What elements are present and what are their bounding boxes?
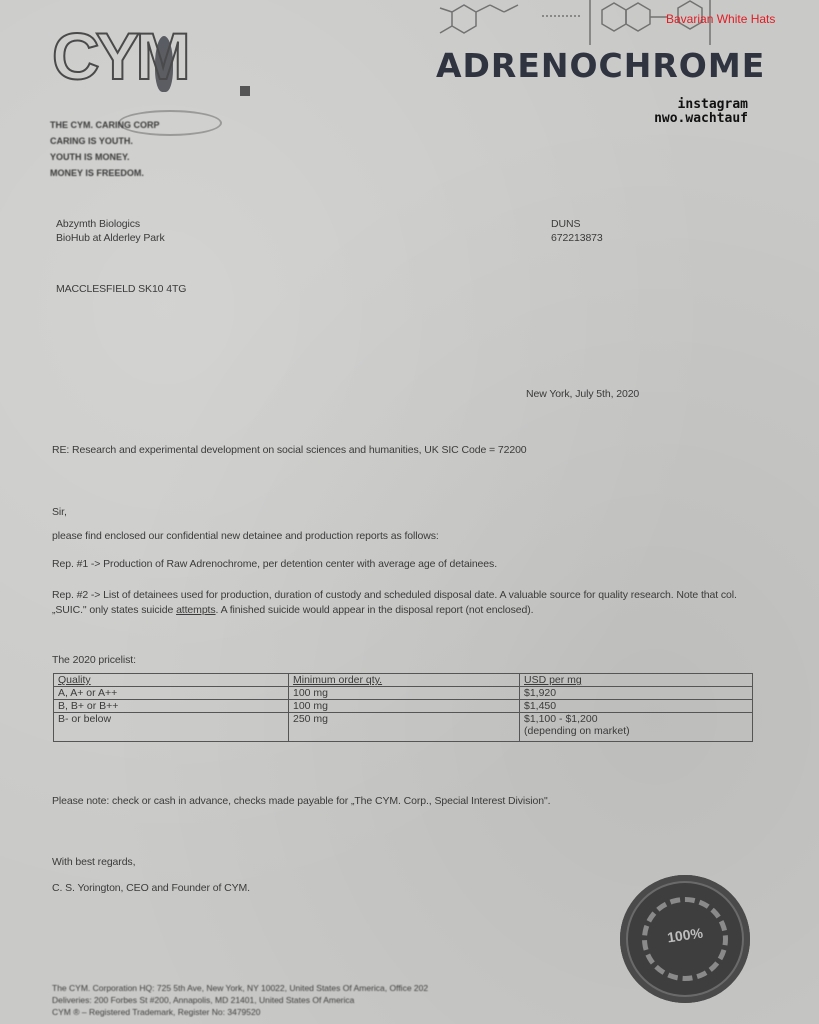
instagram-handle: nwo.wachtauf bbox=[620, 112, 748, 126]
instagram-label: instagram bbox=[620, 98, 748, 112]
company-slogan: THE CYM. CARING CORP CARING IS YOUTH. YO… bbox=[50, 117, 160, 181]
table-row: A, A+ or A++ 100 mg $1,920 bbox=[54, 687, 753, 700]
underlined-word: attempts bbox=[176, 604, 215, 616]
document-title: ADRENOCHROME bbox=[436, 46, 765, 85]
price-note: (depending on market) bbox=[524, 725, 748, 737]
slogan-line: MONEY IS FREEDOM. bbox=[50, 165, 160, 181]
footer-address: The CYM. Corporation HQ: 725 5th Ave, Ne… bbox=[52, 982, 428, 1018]
table-header-row: Quality Minimum order qty. USD per mg bbox=[54, 674, 753, 687]
logo-text: CYM bbox=[52, 18, 187, 94]
recipient-line: Abzymth Biologics bbox=[56, 217, 165, 231]
recipient-address: Abzymth Biologics BioHub at Alderley Par… bbox=[56, 217, 165, 245]
payment-note: Please note: check or cash in advance, c… bbox=[52, 795, 550, 807]
intro-paragraph: please find enclosed our confidential ne… bbox=[52, 530, 439, 542]
slogan-line: CARING IS YOUTH. bbox=[50, 133, 160, 149]
report-1-paragraph: Rep. #1 -> Production of Raw Adrenochrom… bbox=[52, 558, 497, 570]
letter-subject: RE: Research and experimental developmen… bbox=[52, 444, 527, 456]
pricelist-label: The 2020 pricelist: bbox=[52, 654, 136, 666]
table-row: B, B+ or B++ 100 mg $1,450 bbox=[54, 700, 753, 713]
footer-line: Deliveries: 200 Forbes St #200, Annapoli… bbox=[52, 994, 428, 1006]
price-table: Quality Minimum order qty. USD per mg A,… bbox=[53, 673, 753, 742]
recipient-city: MACCLESFIELD SK10 4TG bbox=[56, 283, 186, 295]
footer-line: The CYM. Corporation HQ: 725 5th Ave, Ne… bbox=[52, 982, 428, 994]
min-qty-cell: 100 mg bbox=[289, 687, 520, 700]
report-2-paragraph: Rep. #2 -> List of detainees used for pr… bbox=[52, 588, 752, 618]
recipient-line: BioHub at Alderley Park bbox=[56, 231, 165, 245]
logo-dot bbox=[240, 86, 250, 96]
closing: With best regards, bbox=[52, 856, 135, 868]
table-row: B- or below 250 mg $1,100 - $1,200 (depe… bbox=[54, 713, 753, 742]
duns-number: 672213873 bbox=[551, 231, 603, 245]
price-cell: $1,450 bbox=[520, 700, 753, 713]
duns-label: DUNS bbox=[551, 217, 603, 231]
header-cell: Minimum order qty. bbox=[289, 674, 520, 687]
duns-block: DUNS 672213873 bbox=[551, 217, 603, 245]
salutation: Sir, bbox=[52, 506, 67, 518]
instagram-watermark: instagram nwo.wachtauf bbox=[620, 98, 748, 126]
quality-cell: B- or below bbox=[54, 713, 289, 742]
header-cell: USD per mg bbox=[520, 674, 753, 687]
signature: C. S. Yorington, CEO and Founder of CYM. bbox=[52, 882, 250, 894]
letter-date: New York, July 5th, 2020 bbox=[526, 388, 639, 400]
quality-cell: B, B+ or B++ bbox=[54, 700, 289, 713]
min-qty-cell: 100 mg bbox=[289, 700, 520, 713]
min-qty-cell: 250 mg bbox=[289, 713, 520, 742]
quality-cell: A, A+ or A++ bbox=[54, 687, 289, 700]
cym-logo: CYM bbox=[52, 18, 212, 118]
seal-stamp-icon: 100% bbox=[620, 875, 750, 1003]
price-cell: $1,920 bbox=[520, 687, 753, 700]
watermark-text: Bavarian White Hats bbox=[666, 12, 775, 26]
slogan-line: YOUTH IS MONEY. bbox=[50, 149, 160, 165]
header-cell: Quality bbox=[54, 674, 289, 687]
price-value: $1,100 - $1,200 bbox=[524, 713, 748, 725]
report-2-text-end: . A finished suicide would appear in the… bbox=[216, 604, 534, 616]
price-cell: $1,100 - $1,200 (depending on market) bbox=[520, 713, 753, 742]
footer-line: CYM ® – Registered Trademark, Register N… bbox=[52, 1006, 428, 1018]
company-name: THE CYM. CARING CORP bbox=[50, 117, 160, 133]
